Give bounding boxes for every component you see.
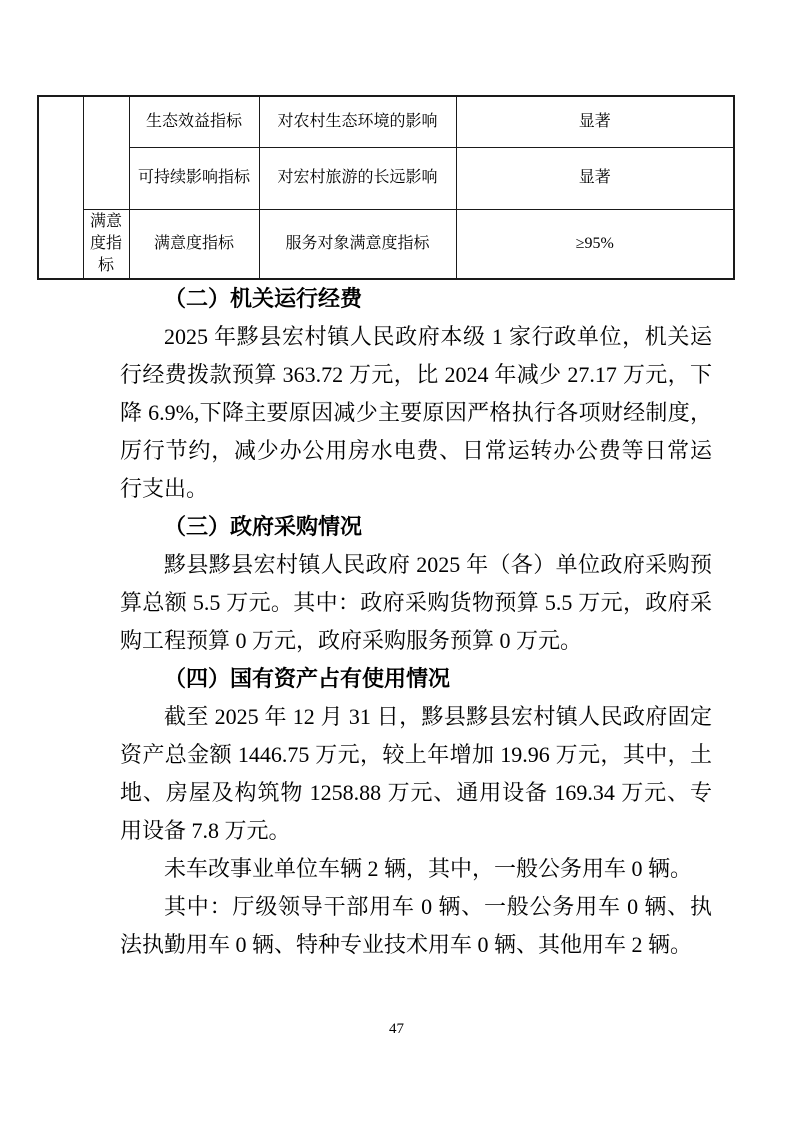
document-body: （二）机关运行经费 2025 年黟县宏村镇人民政府本级 1 家行政单位，机关运行… [120, 280, 712, 964]
paragraph-agency-operating-costs: 2025 年黟县宏村镇人民政府本级 1 家行政单位，机关运行经费拨款预算 363… [120, 318, 712, 508]
table-cell-indicator-target: 显著 [456, 96, 734, 147]
table-row: 生态效益指标 对农村生态环境的影响 显著 [38, 96, 734, 147]
section-heading-agency-operating-costs: （二）机关运行经费 [120, 280, 712, 318]
table-cell-indicator-name: 可持续影响指标 [129, 147, 259, 209]
paragraph-vehicles-breakdown: 其中：厅级领导干部用车 0 辆、一般公务用车 0 辆、执法执勤用车 0 辆、特种… [120, 888, 712, 964]
table-cell-indicator-detail: 服务对象满意度指标 [259, 209, 456, 279]
section-heading-government-procurement: （三）政府采购情况 [120, 508, 712, 546]
table-cell-category-continuation [38, 96, 83, 279]
document-page: 生态效益指标 对农村生态环境的影响 显著 可持续影响指标 对宏村旅游的长远影响 … [0, 0, 793, 1122]
table-cell-subcategory-continuation [83, 96, 129, 209]
table-cell-indicator-target: ≥95% [456, 209, 734, 279]
table-cell-indicator-detail: 对农村生态环境的影响 [259, 96, 456, 147]
table-cell-indicator-name: 满意度指标 [129, 209, 259, 279]
paragraph-government-procurement: 黟县黟县宏村镇人民政府 2025 年（各）单位政府采购预算总额 5.5 万元。其… [120, 546, 712, 660]
paragraph-state-assets-total: 截至 2025 年 12 月 31 日，黟县黟县宏村镇人民政府固定资产总金额 1… [120, 698, 712, 850]
table-row: 可持续影响指标 对宏村旅游的长远影响 显著 [38, 147, 734, 209]
section-heading-state-assets: （四）国有资产占有使用情况 [120, 660, 712, 698]
paragraph-vehicles-summary: 未车改事业单位车辆 2 辆，其中，一般公务用车 0 辆。 [120, 850, 712, 888]
table-cell-indicator-detail: 对宏村旅游的长远影响 [259, 147, 456, 209]
table-row: 满意度指标 满意度指标 服务对象满意度指标 ≥95% [38, 209, 734, 279]
table-cell-indicator-target: 显著 [456, 147, 734, 209]
table-cell-satisfaction-group: 满意度指标 [83, 209, 129, 279]
page-number: 47 [0, 1020, 793, 1038]
performance-indicator-table: 生态效益指标 对农村生态环境的影响 显著 可持续影响指标 对宏村旅游的长远影响 … [37, 95, 735, 280]
table-cell-indicator-name: 生态效益指标 [129, 96, 259, 147]
